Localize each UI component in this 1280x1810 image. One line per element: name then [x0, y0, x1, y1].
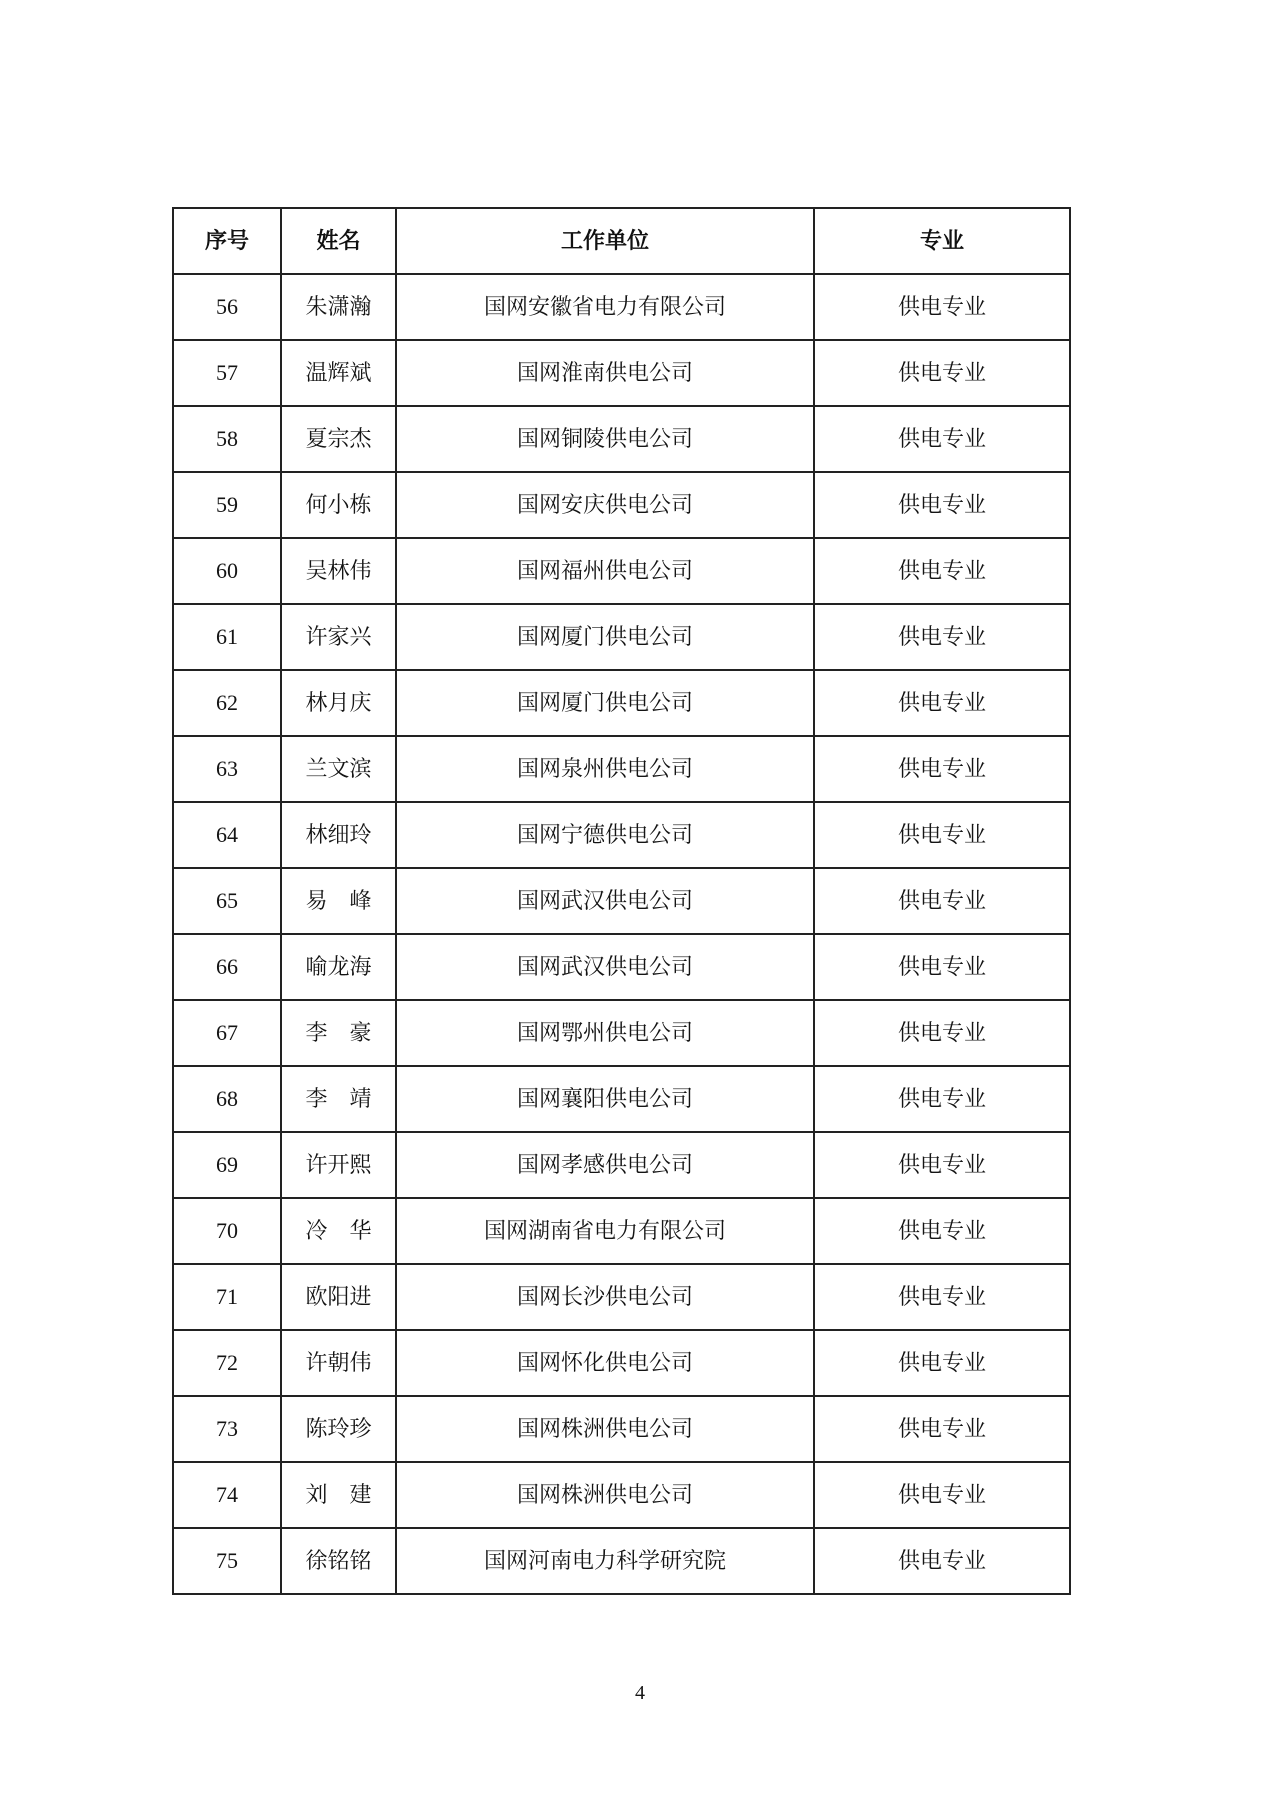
- cell-unit: 国网宁德供电公司: [396, 802, 814, 868]
- cell-no: 72: [173, 1330, 281, 1396]
- cell-name: 喻龙海: [281, 934, 396, 1000]
- table-row: 72许朝伟国网怀化供电公司供电专业: [173, 1330, 1070, 1396]
- cell-no: 57: [173, 340, 281, 406]
- cell-name: 刘 建: [281, 1462, 396, 1528]
- table-row: 67李 豪国网鄂州供电公司供电专业: [173, 1000, 1070, 1066]
- cell-major: 供电专业: [814, 1528, 1070, 1594]
- cell-unit: 国网襄阳供电公司: [396, 1066, 814, 1132]
- cell-name: 吴林伟: [281, 538, 396, 604]
- roster-table: 序号 姓名 工作单位 专业 56朱潇瀚国网安徽省电力有限公司供电专业57温辉斌国…: [172, 207, 1071, 1595]
- cell-no: 68: [173, 1066, 281, 1132]
- cell-major: 供电专业: [814, 340, 1070, 406]
- cell-name: 李 靖: [281, 1066, 396, 1132]
- cell-name: 温辉斌: [281, 340, 396, 406]
- cell-unit: 国网孝感供电公司: [396, 1132, 814, 1198]
- table-header-row: 序号 姓名 工作单位 专业: [173, 208, 1070, 274]
- cell-major: 供电专业: [814, 1396, 1070, 1462]
- cell-no: 66: [173, 934, 281, 1000]
- cell-major: 供电专业: [814, 1462, 1070, 1528]
- cell-no: 70: [173, 1198, 281, 1264]
- cell-unit: 国网厦门供电公司: [396, 604, 814, 670]
- cell-name: 许家兴: [281, 604, 396, 670]
- cell-no: 71: [173, 1264, 281, 1330]
- table-row: 73陈玲珍国网株洲供电公司供电专业: [173, 1396, 1070, 1462]
- header-work-unit: 工作单位: [396, 208, 814, 274]
- cell-unit: 国网安庆供电公司: [396, 472, 814, 538]
- cell-no: 75: [173, 1528, 281, 1594]
- cell-name: 冷 华: [281, 1198, 396, 1264]
- cell-no: 59: [173, 472, 281, 538]
- header-name: 姓名: [281, 208, 396, 274]
- cell-unit: 国网长沙供电公司: [396, 1264, 814, 1330]
- cell-major: 供电专业: [814, 538, 1070, 604]
- table-row: 69许开熙国网孝感供电公司供电专业: [173, 1132, 1070, 1198]
- cell-major: 供电专业: [814, 1066, 1070, 1132]
- cell-major: 供电专业: [814, 670, 1070, 736]
- table-row: 64林细玲国网宁德供电公司供电专业: [173, 802, 1070, 868]
- cell-major: 供电专业: [814, 1330, 1070, 1396]
- page-number: 4: [0, 1682, 1280, 1705]
- cell-name: 林细玲: [281, 802, 396, 868]
- cell-name: 林月庆: [281, 670, 396, 736]
- cell-name: 朱潇瀚: [281, 274, 396, 340]
- cell-name: 欧阳进: [281, 1264, 396, 1330]
- cell-unit: 国网泉州供电公司: [396, 736, 814, 802]
- table-row: 59何小栋国网安庆供电公司供电专业: [173, 472, 1070, 538]
- cell-major: 供电专业: [814, 802, 1070, 868]
- table-row: 58夏宗杰国网铜陵供电公司供电专业: [173, 406, 1070, 472]
- cell-name: 何小栋: [281, 472, 396, 538]
- cell-unit: 国网铜陵供电公司: [396, 406, 814, 472]
- cell-name: 徐铭铭: [281, 1528, 396, 1594]
- table-row: 70冷 华国网湖南省电力有限公司供电专业: [173, 1198, 1070, 1264]
- table-row: 71欧阳进国网长沙供电公司供电专业: [173, 1264, 1070, 1330]
- cell-major: 供电专业: [814, 1264, 1070, 1330]
- cell-no: 65: [173, 868, 281, 934]
- cell-unit: 国网河南电力科学研究院: [396, 1528, 814, 1594]
- table-row: 74刘 建国网株洲供电公司供电专业: [173, 1462, 1070, 1528]
- cell-no: 56: [173, 274, 281, 340]
- table-row: 75徐铭铭国网河南电力科学研究院供电专业: [173, 1528, 1070, 1594]
- cell-name: 许开熙: [281, 1132, 396, 1198]
- cell-major: 供电专业: [814, 1198, 1070, 1264]
- cell-major: 供电专业: [814, 472, 1070, 538]
- cell-unit: 国网淮南供电公司: [396, 340, 814, 406]
- cell-no: 61: [173, 604, 281, 670]
- cell-no: 73: [173, 1396, 281, 1462]
- cell-name: 夏宗杰: [281, 406, 396, 472]
- table-row: 57温辉斌国网淮南供电公司供电专业: [173, 340, 1070, 406]
- cell-unit: 国网武汉供电公司: [396, 868, 814, 934]
- cell-major: 供电专业: [814, 1000, 1070, 1066]
- cell-major: 供电专业: [814, 274, 1070, 340]
- cell-no: 58: [173, 406, 281, 472]
- cell-name: 李 豪: [281, 1000, 396, 1066]
- table-row: 65易 峰国网武汉供电公司供电专业: [173, 868, 1070, 934]
- cell-major: 供电专业: [814, 604, 1070, 670]
- cell-no: 64: [173, 802, 281, 868]
- cell-no: 69: [173, 1132, 281, 1198]
- table-row: 68李 靖国网襄阳供电公司供电专业: [173, 1066, 1070, 1132]
- table-row: 62林月庆国网厦门供电公司供电专业: [173, 670, 1070, 736]
- cell-major: 供电专业: [814, 406, 1070, 472]
- table-body: 56朱潇瀚国网安徽省电力有限公司供电专业57温辉斌国网淮南供电公司供电专业58夏…: [173, 274, 1070, 1594]
- cell-no: 62: [173, 670, 281, 736]
- cell-major: 供电专业: [814, 934, 1070, 1000]
- cell-unit: 国网安徽省电力有限公司: [396, 274, 814, 340]
- header-major: 专业: [814, 208, 1070, 274]
- cell-name: 易 峰: [281, 868, 396, 934]
- header-serial-number: 序号: [173, 208, 281, 274]
- cell-unit: 国网福州供电公司: [396, 538, 814, 604]
- cell-name: 许朝伟: [281, 1330, 396, 1396]
- cell-name: 陈玲珍: [281, 1396, 396, 1462]
- table-row: 66喻龙海国网武汉供电公司供电专业: [173, 934, 1070, 1000]
- cell-unit: 国网鄂州供电公司: [396, 1000, 814, 1066]
- table-row: 61许家兴国网厦门供电公司供电专业: [173, 604, 1070, 670]
- table-row: 63兰文滨国网泉州供电公司供电专业: [173, 736, 1070, 802]
- cell-major: 供电专业: [814, 736, 1070, 802]
- table-row: 56朱潇瀚国网安徽省电力有限公司供电专业: [173, 274, 1070, 340]
- cell-unit: 国网武汉供电公司: [396, 934, 814, 1000]
- table-row: 60吴林伟国网福州供电公司供电专业: [173, 538, 1070, 604]
- cell-unit: 国网株洲供电公司: [396, 1462, 814, 1528]
- cell-no: 67: [173, 1000, 281, 1066]
- cell-no: 63: [173, 736, 281, 802]
- cell-major: 供电专业: [814, 1132, 1070, 1198]
- document-page: 序号 姓名 工作单位 专业 56朱潇瀚国网安徽省电力有限公司供电专业57温辉斌国…: [0, 0, 1280, 1810]
- cell-no: 60: [173, 538, 281, 604]
- cell-unit: 国网株洲供电公司: [396, 1396, 814, 1462]
- cell-unit: 国网湖南省电力有限公司: [396, 1198, 814, 1264]
- cell-name: 兰文滨: [281, 736, 396, 802]
- cell-unit: 国网厦门供电公司: [396, 670, 814, 736]
- cell-unit: 国网怀化供电公司: [396, 1330, 814, 1396]
- cell-major: 供电专业: [814, 868, 1070, 934]
- cell-no: 74: [173, 1462, 281, 1528]
